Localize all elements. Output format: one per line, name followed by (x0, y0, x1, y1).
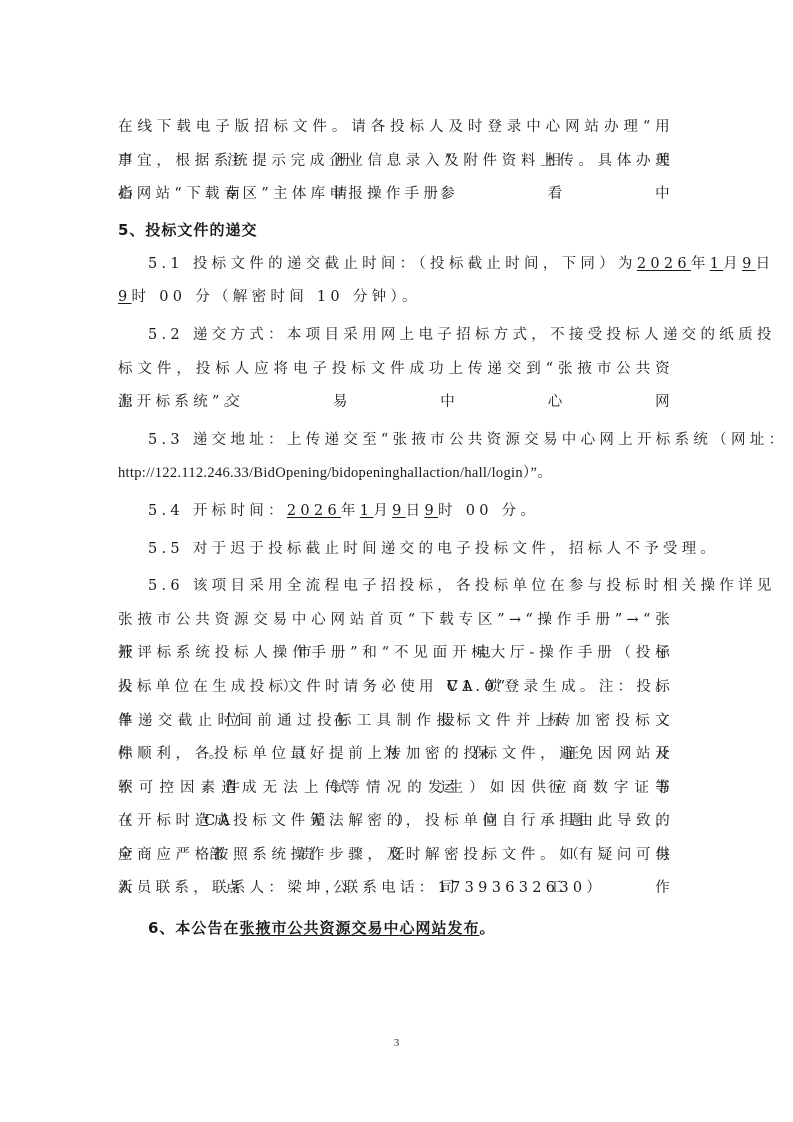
para-5-2-line-2: 标文件，投标人应将电子投标文件成功上传递交到“张掖市公共资源交易中心网 (118, 353, 674, 387)
publication-site: 张掖市公共资源交易中心网站发布 (239, 919, 479, 937)
page-number: 3 (0, 1037, 793, 1049)
para-5-4: 5.4 开标时间：2026年1月9日9时 00 分。 (118, 495, 674, 529)
para-5-6-line-4: 投标单位在生成投标文件时请务必使用 CA 锁登录生成。注：投标单位在投标文 (118, 671, 674, 705)
deadline-year: 2026 (637, 256, 691, 272)
para-5-5: 5.5 对于迟于投标截止时间递交的电子投标文件，招标人不予受理。 (118, 533, 674, 567)
para-5-6-line-7: 不可控因素造成无法上传等情况的发生）如因供应商数字证书（CA 锁）问题， (118, 772, 674, 806)
opening-day: 9 (392, 503, 406, 519)
para-5-1-suffix: 时 00 分（解密时间 10 分钟）。 (132, 289, 421, 305)
para-5-3-line-1: 5.3 递交地址：上传递交至“张掖市公共资源交易中心网上开标系统（网址： (118, 424, 674, 458)
day-unit: 日 (756, 256, 775, 272)
document-body: 在线下载电子版招标文件。请各投标人及时登录中心网站办理“用户注册”相关 事宜，根… (118, 111, 674, 946)
url-suffix: ）”。 (523, 465, 552, 481)
section-6-heading: 6、本公告在张掖市公共资源交易中心网站发布。 (118, 910, 674, 946)
para-5-6-line-9: 应商应严格按照系统操作步骤，及时解密投标文件。如有疑问可与新点公司工作 (118, 839, 674, 873)
deadline-day: 9 (742, 256, 756, 272)
section-5-heading: 5、投标文件的递交 (118, 212, 674, 248)
opening-hour: 9 (424, 503, 438, 519)
para-5-6-line-8: 在开标时造成投标文件无法解密的，投标单位自行承担由此导致的全部责任。（供 (118, 805, 674, 839)
day-unit: 日 (406, 503, 425, 519)
year-unit: 年 (691, 256, 710, 272)
para-5-6-line-10: 人员联系，联系人：梁坤，联系电话：17393632630） (118, 872, 674, 906)
para-5-6-line-1: 5.6 该项目采用全流程电子招投标，各投标单位在参与投标时相关操作详见 (118, 570, 674, 604)
intro-line-1: 在线下载电子版招标文件。请各投标人及时登录中心网站办理“用户注册”相关 (118, 111, 674, 145)
opening-year: 2026 (287, 503, 341, 519)
document-page: 在线下载电子版招标文件。请各投标人及时登录中心网站办理“用户注册”相关 事宜，根… (0, 0, 793, 1122)
bid-system-url: http://122.112.246.33/BidOpening/bidopen… (118, 465, 523, 481)
para-5-1-line-2: 9时 00 分（解密时间 10 分钟）。 (118, 281, 674, 315)
month-unit: 月 (373, 503, 392, 519)
para-5-6-line-6: 标顺利，各投标单位最好提前上传加密的投标文件，避免因网站及软件试运行等 (118, 738, 674, 772)
para-5-2-line-1: 5.2 递交方式：本项目采用网上电子招标方式，不接受投标人递交的纸质投 (118, 319, 674, 353)
para-5-3-line-2: http://122.112.246.33/BidOpening/bidopen… (118, 457, 674, 491)
intro-line-2: 事宜，根据系统提示完成企业信息录入及附件资料上传。具体办理指南请参看中 (118, 145, 674, 179)
para-5-1-text: 5.1 投标文件的递交截止时间：（投标截止时间，下同）为 (148, 256, 637, 272)
month-unit: 月 (723, 256, 742, 272)
para-5-6-line-5: 件递交截止时间前通过投标工具制作投标文件并上传加密投标文件。（为保证开 (118, 705, 674, 739)
section-6-prefix: 6、本公告在 (148, 919, 239, 937)
para-5-4-suffix: 时 00 分。 (438, 503, 539, 519)
deadline-hour: 9 (118, 289, 132, 305)
para-5-6-line-3: 开评标系统投标人操作手册”和“不见面开标大厅-操作手册（投标人）V1.0”。 (118, 637, 674, 671)
opening-month: 1 (360, 503, 374, 519)
deadline-month: 1 (710, 256, 724, 272)
para-5-4-prefix: 5.4 开标时间： (148, 503, 287, 519)
year-unit: 年 (341, 503, 360, 519)
para-5-6-line-2: 张掖市公共资源交易中心网站首页“下载专区”→“操作手册”→“张掖市电子 (118, 604, 674, 638)
para-5-1-line-1: 5.1 投标文件的递交截止时间：（投标截止时间，下同）为2026年1月9日 (118, 248, 674, 282)
section-6-suffix: 。 (479, 919, 495, 937)
